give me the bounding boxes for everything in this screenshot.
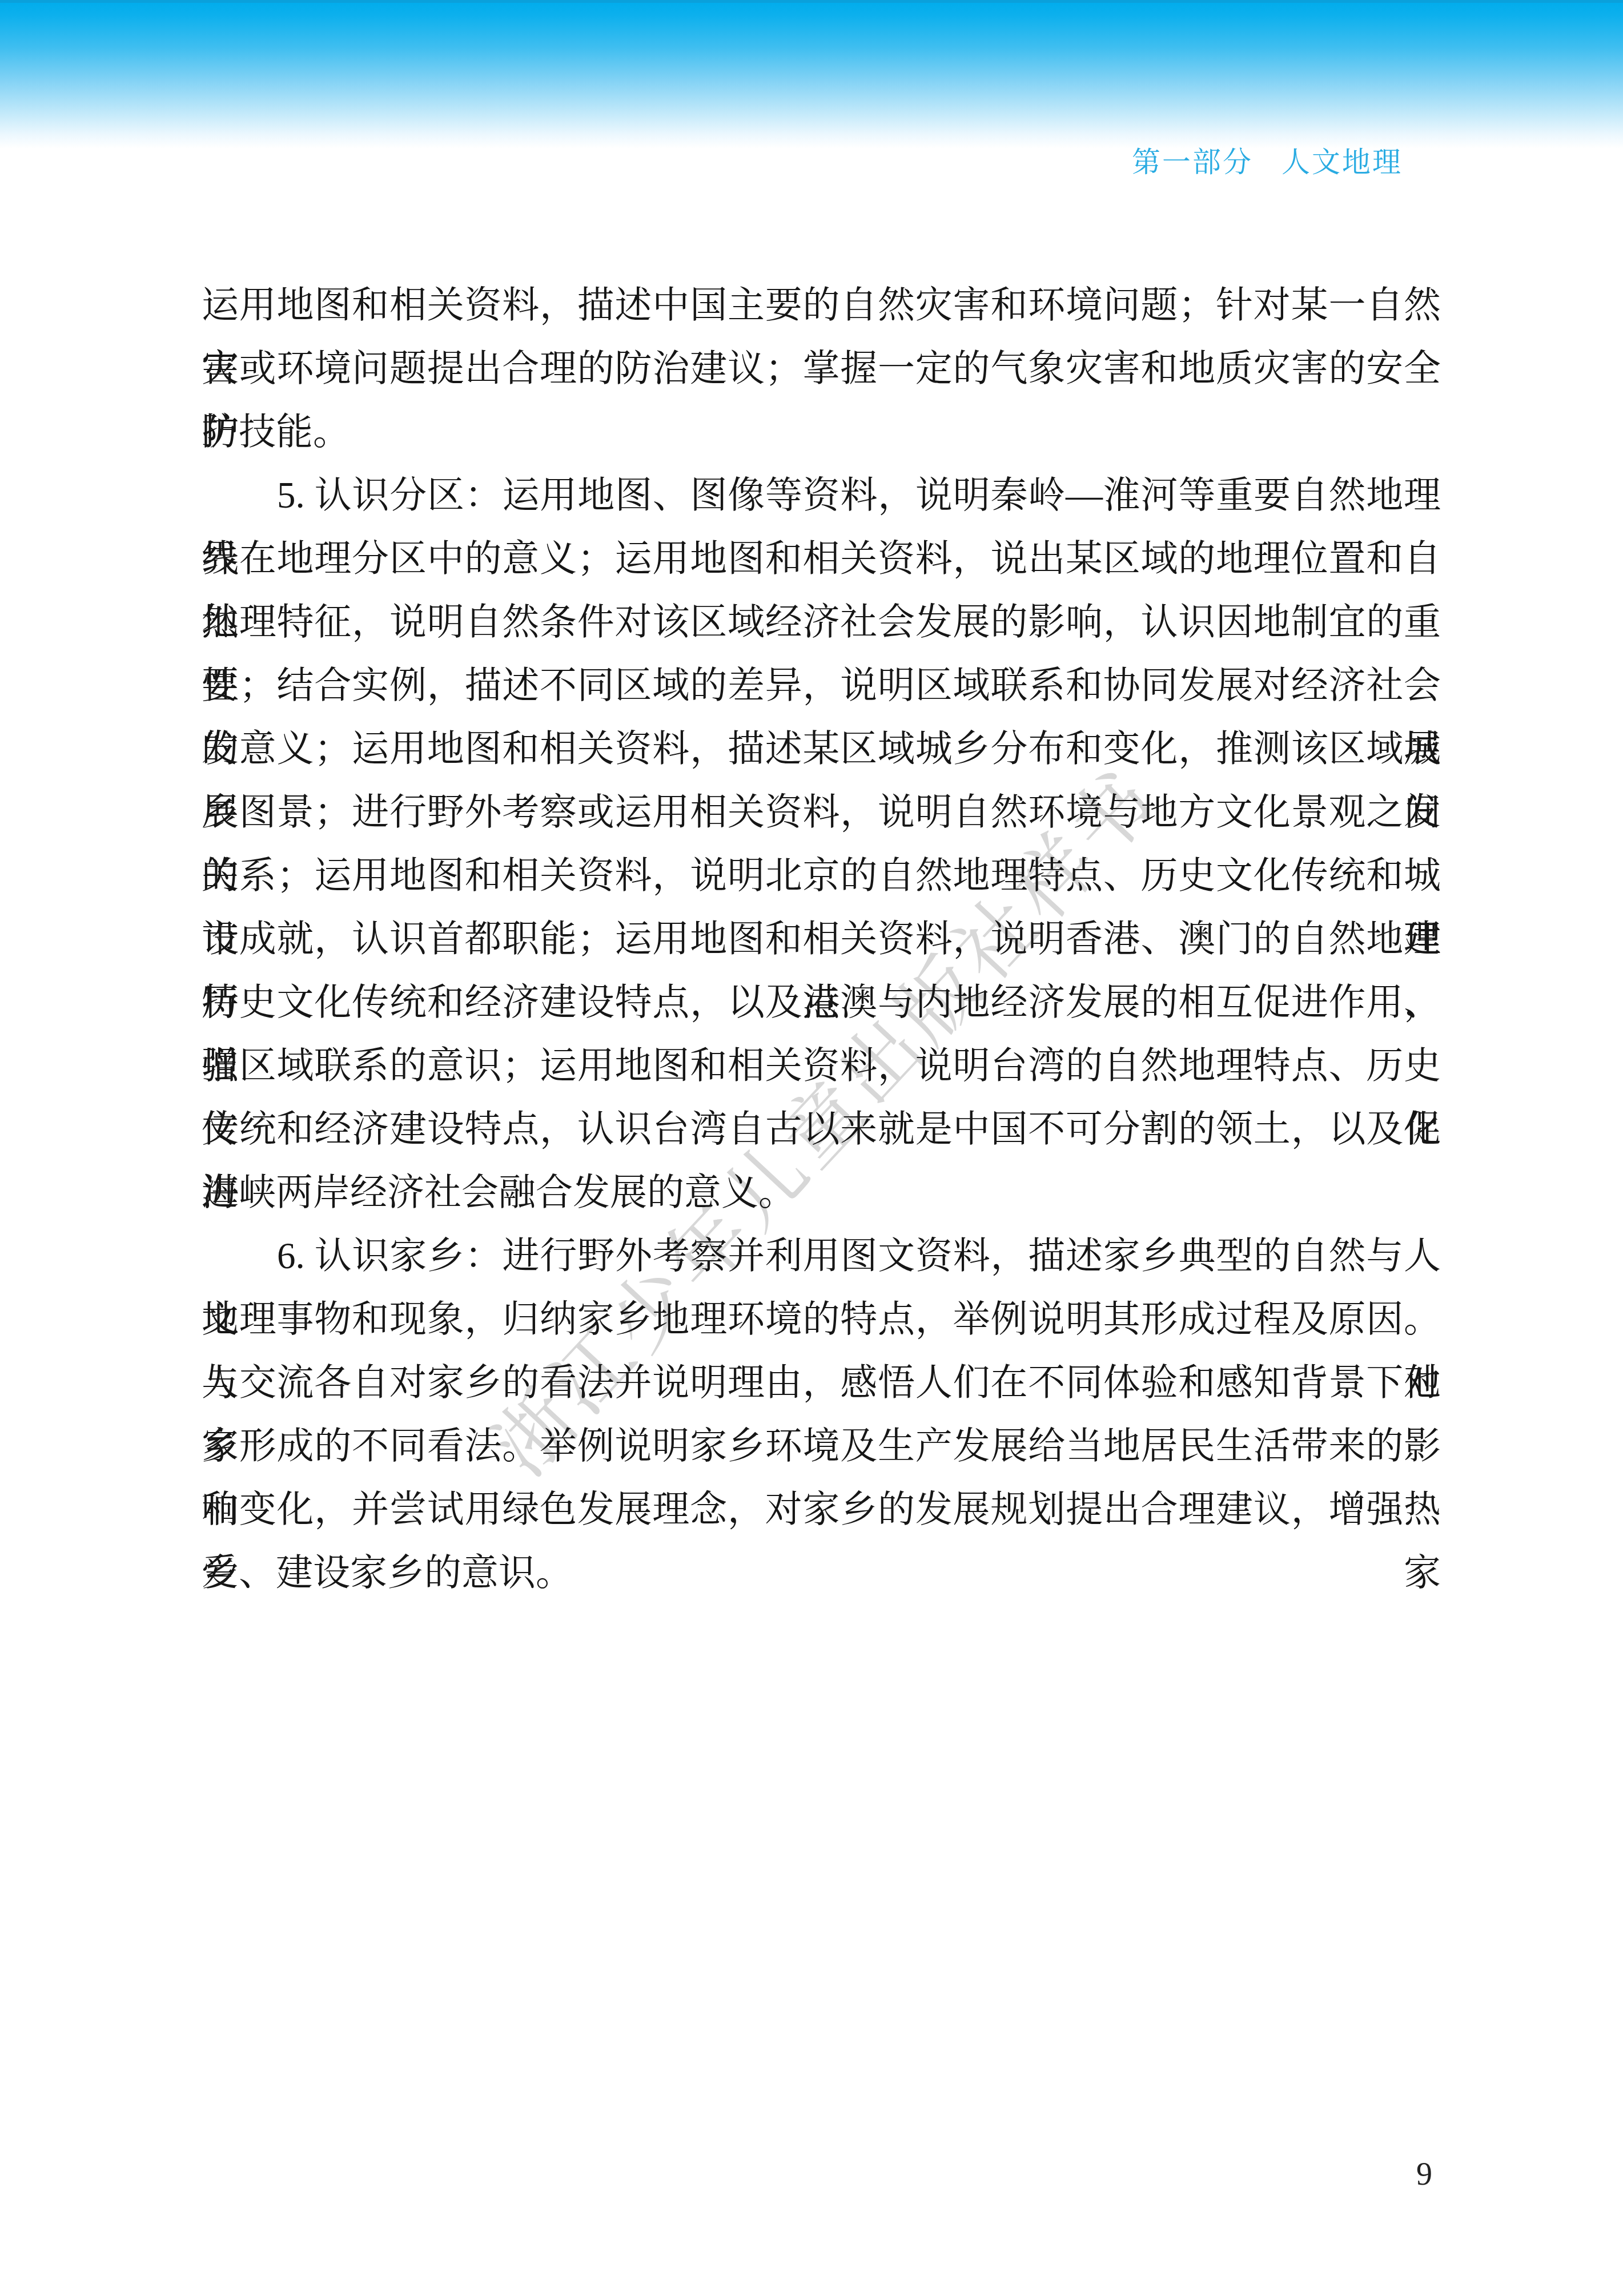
body-line: 历史文化传统和经济建设特点，以及港澳与内地经济发展的相互促进作用，增 bbox=[202, 971, 1441, 1035]
running-head: 第一部分人文地理 bbox=[1132, 147, 1403, 178]
body-line: 海峡两岸经济社会融合发展的意义。 bbox=[202, 1161, 1441, 1225]
body-text-block: 运用地图和相关资料，描述中国主要的自然灾害和环境问题；针对某一自然灾 害或环境问… bbox=[202, 274, 1441, 1605]
body-line: 5. 认识分区：运用地图、图像等资料，说明秦岭—淮河等重要自然地理界 bbox=[202, 464, 1441, 528]
body-line: 传统和经济建设特点，认识台湾自古以来就是中国不可分割的领土，以及促进 bbox=[202, 1098, 1441, 1161]
body-line: 地理事物和现象，归纳家乡地理环境的特点，举例说明其形成过程及原因。与他 bbox=[202, 1288, 1441, 1352]
page-number: 9 bbox=[1416, 2158, 1432, 2190]
body-line: 线在地理分区中的意义；运用地图和相关资料，说出某区域的地理位置和自然 bbox=[202, 528, 1441, 591]
header-top-strip bbox=[0, 0, 1623, 3]
body-line: 性；结合实例，描述不同区域的差异，说明区域联系和协同发展对经济社会发展 bbox=[202, 654, 1441, 718]
body-line: 6. 认识家乡：进行野外考察并利用图文资料，描述家乡典型的自然与人文 bbox=[202, 1225, 1441, 1288]
body-line: 的意义；运用地图和相关资料，描述某区域城乡分布和变化，推测该区域城乡发 bbox=[202, 718, 1441, 781]
body-line: 关系；运用地图和相关资料，说明北京的自然地理特点、历史文化传统和城市建 bbox=[202, 845, 1441, 908]
body-line: 乡形成的不同看法。举例说明家乡环境及生产发展给当地居民生活带来的影响 bbox=[202, 1415, 1441, 1478]
body-line: 展图景；进行野外考察或运用相关资料，说明自然环境与地方文化景观之间的 bbox=[202, 781, 1441, 845]
body-line: 运用地图和相关资料，描述中国主要的自然灾害和环境问题；针对某一自然灾 bbox=[202, 274, 1441, 337]
running-head-part-title: 人文地理 bbox=[1281, 146, 1403, 179]
body-line: 害或环境问题提出合理的防治建议；掌握一定的气象灾害和地质灾害的安全防 bbox=[202, 337, 1441, 401]
body-line: 和变化，并尝试用绿色发展理念，对家乡的发展规划提出合理建议，增强热爱家 bbox=[202, 1478, 1441, 1542]
running-head-part-label: 第一部分 bbox=[1132, 146, 1253, 179]
body-line: 护技能。 bbox=[202, 401, 1441, 464]
body-line: 设成就，认识首都职能；运用地图和相关资料，说明香港、澳门的自然地理特点、 bbox=[202, 908, 1441, 971]
body-line: 地理特征，说明自然条件对该区域经济社会发展的影响，认识因地制宜的重要 bbox=[202, 591, 1441, 654]
body-line: 人交流各自对家乡的看法并说明理由，感悟人们在不同体验和感知背景下对家 bbox=[202, 1352, 1441, 1415]
body-line: 强区域联系的意识；运用地图和相关资料，说明台湾的自然地理特点、历史文化 bbox=[202, 1035, 1441, 1098]
book-page: 第一部分人文地理 浙江少年儿童出版社样书 运用地图和相关资料，描述中国主要的自然… bbox=[0, 0, 1623, 2296]
header-gradient-band bbox=[0, 0, 1623, 148]
